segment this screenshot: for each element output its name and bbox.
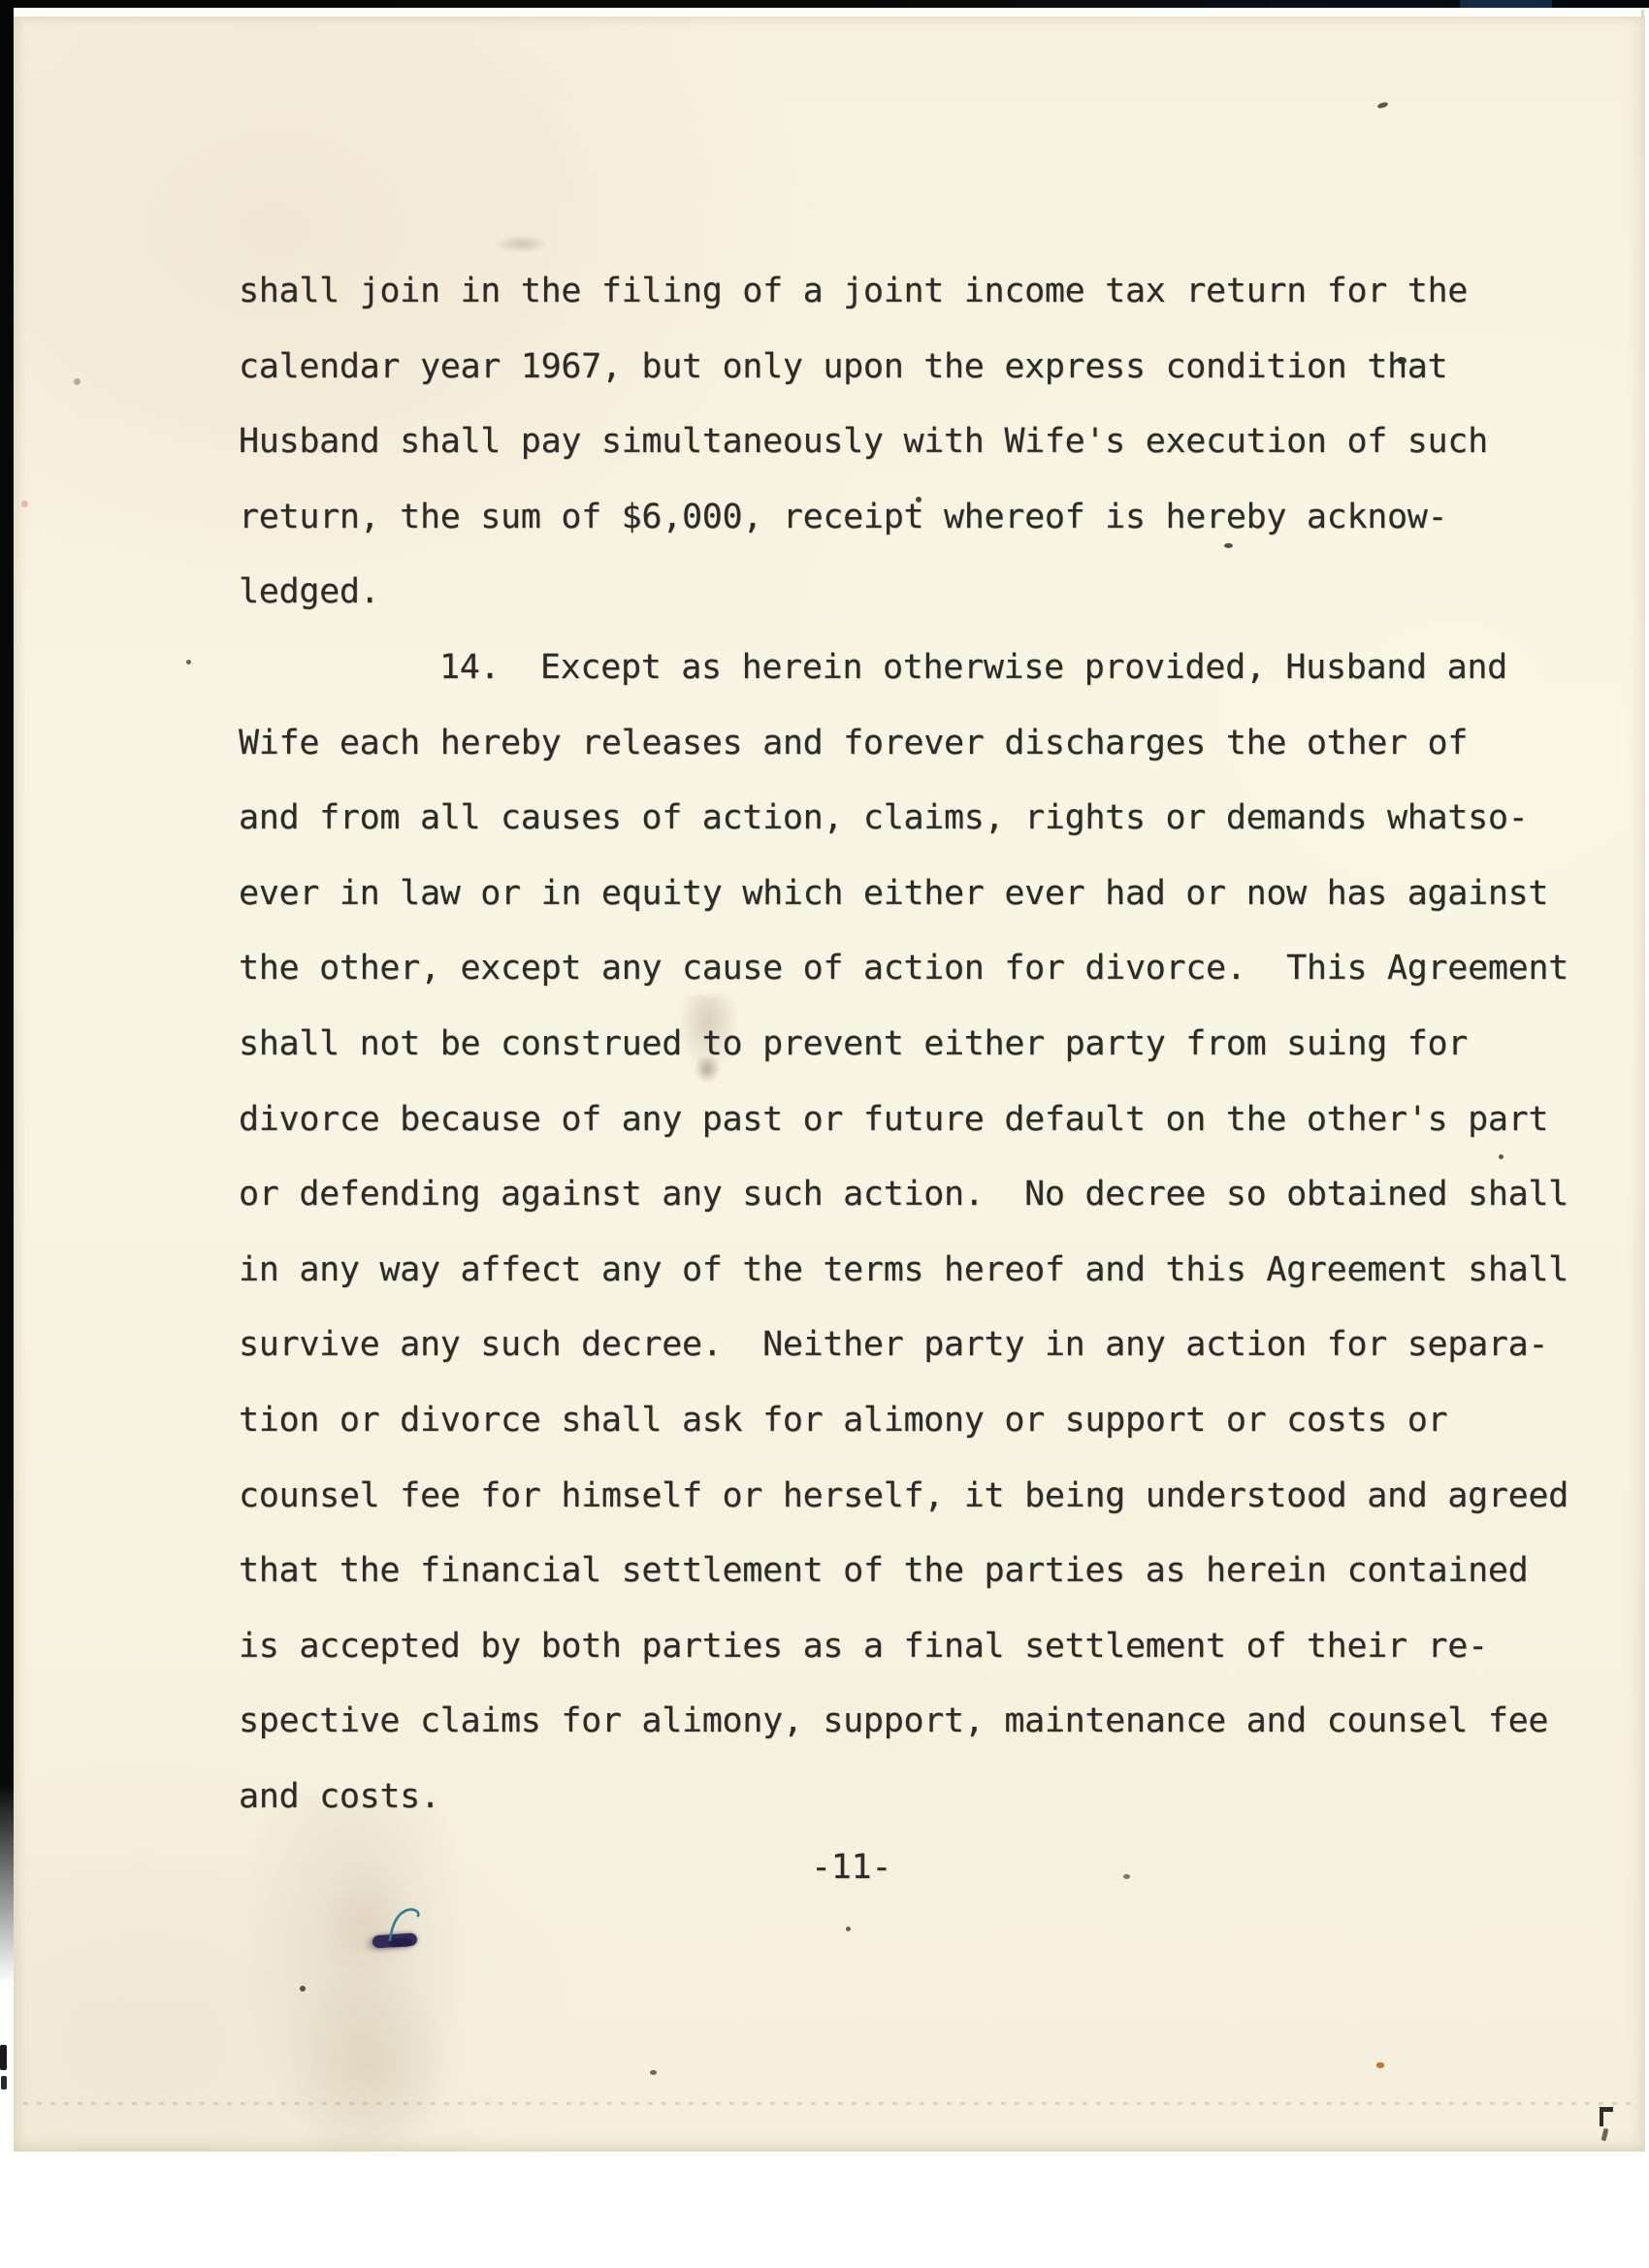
scanner-top-band-tint — [1460, 0, 1552, 8]
pen-squiggle-mark — [384, 1903, 427, 1942]
scanner-left-band-fragment — [0, 2045, 7, 2070]
text-line: divorce because of any past or future de… — [239, 1083, 1616, 1158]
text-line: survive any such decree. Neither party i… — [239, 1308, 1616, 1383]
document-text: shall join in the filing of a joint inco… — [239, 254, 1616, 1834]
page-number: -11- — [811, 1831, 891, 1906]
scanner-left-band-fragment — [1, 2076, 7, 2090]
text-line: that the financial settlement of the par… — [239, 1534, 1616, 1609]
text-line: and from all causes of action, claims, r… — [239, 781, 1616, 857]
text-line: shall join in the filing of a joint inco… — [239, 254, 1616, 330]
scanner-top-white-strip — [0, 8, 1649, 16]
text-line: Husband shall pay simultaneously with Wi… — [239, 405, 1616, 480]
text-line: the other, except any cause of action fo… — [239, 931, 1616, 1007]
text-line: ledged. — [239, 555, 1616, 631]
text-line: and costs. — [239, 1760, 1616, 1835]
text-line: counsel fee for himself or herself, it b… — [239, 1459, 1616, 1535]
fold-crease — [23, 2102, 1635, 2105]
text-line: shall not be construed to prevent either… — [239, 1007, 1616, 1083]
text-line: Wife each hereby releases and forever di… — [239, 706, 1616, 782]
scanner-left-band — [0, 0, 14, 1984]
text-line: is accepted by both parties as a final s… — [239, 1609, 1616, 1685]
text-line: calendar year 1967, but only upon the ex… — [239, 330, 1616, 405]
scanned-document-page: { "doc": { "kind": "typewritten agreemen… — [0, 0, 1649, 2268]
text-line: ever in law or in equity which either ev… — [239, 857, 1616, 932]
pen-tick-mark — [1600, 2107, 1613, 2126]
text-line: tion or divorce shall ask for alimony or… — [239, 1383, 1616, 1459]
scanner-top-band — [0, 0, 1649, 8]
text-line-paragraph-14: 14. Except as herein otherwise provided,… — [239, 631, 1616, 706]
text-line: spective claims for alimony, support, ma… — [239, 1684, 1616, 1760]
text-line: in any way affect any of the terms hereo… — [239, 1233, 1616, 1309]
text-line: return, the sum of $6,000, receipt where… — [239, 480, 1616, 556]
text-line: or defending against any such action. No… — [239, 1157, 1616, 1233]
